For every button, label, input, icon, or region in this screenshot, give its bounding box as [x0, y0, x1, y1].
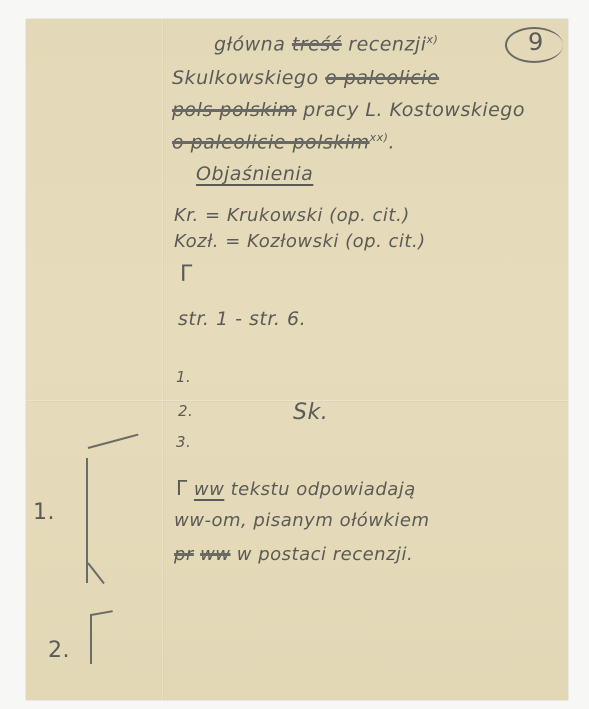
paragraph-line-1: Γ ww tekstu odpowiadają — [176, 476, 416, 500]
sk-mark: Sk. — [293, 400, 328, 425]
section-title: Objaśnienia — [196, 163, 313, 185]
abbreviation-row: Kr. = Krukowski (op. cit.) — [174, 205, 410, 226]
numbered-item: 2. — [178, 402, 193, 420]
numbered-item: 1. — [176, 368, 191, 386]
page-number: 9 — [528, 28, 544, 56]
margin-bracket-2 — [90, 614, 92, 664]
heading-line-4: o paleolicie polskimxx). — [172, 131, 395, 153]
bracket-mark: Γ — [180, 262, 193, 287]
paragraph-line-2: ww-om, pisanym ołówkiem — [174, 510, 430, 531]
heading-line-3: pols polskim pracy L. Kostowskiego — [172, 99, 525, 121]
paragraph-line-3: pr ww w postaci recenzji. — [174, 544, 413, 565]
heading-line-2: Skulkowskiego o paleolicie — [172, 67, 439, 89]
paper-sheet — [26, 19, 568, 700]
margin-label-1: 1. — [33, 500, 55, 525]
heading-line-1: główna treść recenzjix) — [214, 33, 438, 55]
abbreviation-row: Kozł. = Kozłowski (op. cit.) — [174, 231, 426, 252]
vertical-fold — [162, 19, 164, 700]
page-range: str. 1 - str. 6. — [178, 308, 306, 330]
margin-label-2: 2. — [48, 638, 70, 663]
numbered-item: 3. — [176, 433, 191, 451]
